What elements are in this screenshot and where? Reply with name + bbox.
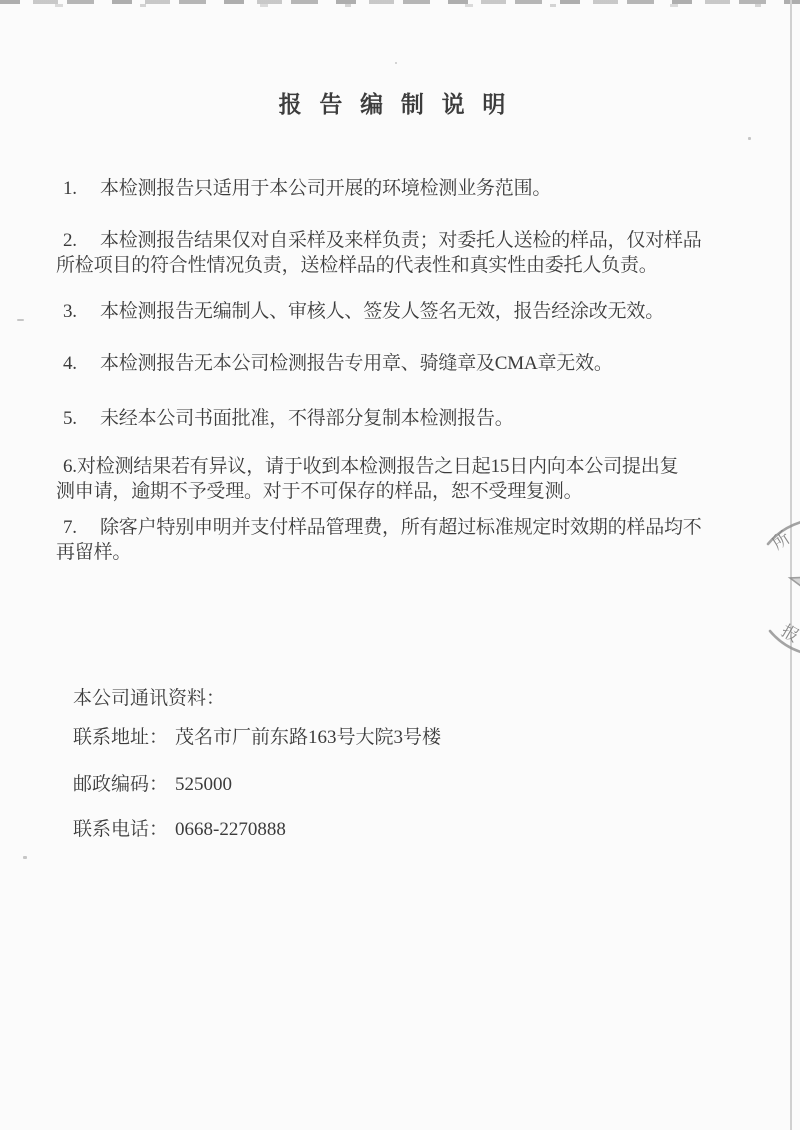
- scanned-document-page: 报 告 编 制 说 明 1.本检测报告只适用于本公司开展的环境检测业务范围。 2…: [0, 0, 800, 1130]
- phone-label: 联系电话：: [73, 819, 168, 840]
- notice-item-1: 1.本检测报告只适用于本公司开展的环境检测业务范围。: [56, 176, 756, 201]
- item-text: 本检测报告结果仅对自采样及来样负责；对委托人送检的样品，仅对样品: [100, 230, 702, 251]
- item-number: 3.: [63, 299, 100, 324]
- notice-item-3: 3.本检测报告无编制人、审核人、签发人签名无效，报告经涂改无效。: [56, 299, 756, 324]
- scan-edge-line: [790, 0, 792, 1130]
- item-number: 6.: [63, 454, 77, 479]
- notice-item-2-line-2: 所检项目的符合性情况负责，送检样品的代表性和真实性由委托人负责。: [56, 253, 756, 278]
- postcode-label: 邮政编码：: [73, 774, 168, 795]
- notice-item-1-line-1: 1.本检测报告只适用于本公司开展的环境检测业务范围。: [56, 176, 756, 201]
- item-number: 2.: [63, 228, 100, 253]
- notice-item-5-line-1: 5.未经本公司书面批准，不得部分复制本检测报告。: [56, 406, 756, 431]
- notice-item-7-line-2: 再留样。: [56, 540, 756, 565]
- item-text: 未经本公司书面批准，不得部分复制本检测报告。: [100, 408, 514, 429]
- notice-item-6: 6.对检测结果若有异议，请于收到本检测报告之日起15日内向本公司提出复 测申请，…: [56, 454, 756, 504]
- notice-item-2: 2.本检测报告结果仅对自采样及来样负责；对委托人送检的样品，仅对样品 所检项目的…: [56, 228, 756, 278]
- item-text: 对检测结果若有异议，请于收到本检测报告之日起15日内向本公司提出复: [77, 456, 678, 477]
- notice-item-4-line-1: 4.本检测报告无本公司检测报告专用章、骑缝章及CMA章无效。: [56, 351, 756, 376]
- notice-item-7-line-1: 7.除客户特别申明并支付样品管理费，所有超过标准规定时效期的样品均不: [56, 515, 756, 540]
- item-number: 5.: [63, 406, 100, 431]
- scan-speckle: [748, 137, 751, 140]
- item-text: 本检测报告只适用于本公司开展的环境检测业务范围。: [100, 178, 551, 199]
- item-number: 1.: [63, 176, 100, 201]
- seal-bottom-arc: [770, 631, 800, 653]
- address-value: 茂名市厂前东路163号大院3号楼: [175, 727, 441, 748]
- contact-address-line: 联系地址：茂名市厂前东路163号大院3号楼: [73, 726, 441, 750]
- scan-speckle: [23, 856, 27, 859]
- seal-top-arc: [768, 520, 800, 544]
- seal-text-bottom: 报: [778, 621, 800, 646]
- address-label: 联系地址：: [73, 727, 168, 748]
- notice-item-7: 7.除客户特别申明并支付样品管理费，所有超过标准规定时效期的样品均不 再留样。: [56, 515, 756, 565]
- item-number: 4.: [63, 351, 100, 376]
- scan-speckle: [17, 319, 24, 321]
- contact-postcode-line: 邮政编码：525000: [73, 773, 232, 797]
- notice-item-2-line-1: 2.本检测报告结果仅对自采样及来样负责；对委托人送检的样品，仅对样品: [56, 228, 756, 253]
- notice-item-4: 4.本检测报告无本公司检测报告专用章、骑缝章及CMA章无效。: [56, 351, 756, 376]
- postcode-value: 525000: [175, 774, 232, 795]
- item-text: 本检测报告无编制人、审核人、签发人签名无效，报告经涂改无效。: [100, 301, 664, 322]
- notice-item-6-line-2: 测申请，逾期不予受理。对于不可保存的样品，恕不受理复测。: [56, 479, 756, 504]
- phone-value: 0668-2270888: [175, 819, 286, 840]
- scan-speckle: [395, 62, 397, 64]
- notice-item-3-line-1: 3.本检测报告无编制人、审核人、签发人签名无效，报告经涂改无效。: [56, 299, 756, 324]
- partial-round-seal-stamp: 所 报: [750, 498, 800, 678]
- page-title: 报 告 编 制 说 明: [0, 86, 790, 119]
- contact-phone-line: 联系电话：0668-2270888: [73, 818, 286, 842]
- notice-item-5: 5.未经本公司书面批准，不得部分复制本检测报告。: [56, 406, 756, 431]
- item-text: 除客户特别申明并支付样品管理费，所有超过标准规定时效期的样品均不: [100, 517, 702, 538]
- item-number: 7.: [63, 515, 100, 540]
- contact-heading: 本公司通讯资料：: [73, 687, 225, 711]
- item-text: 本检测报告无本公司检测报告专用章、骑缝章及CMA章无效。: [100, 353, 613, 374]
- scan-noise-band-secondary: [0, 4, 800, 7]
- notice-item-6-line-1: 6.对检测结果若有异议，请于收到本检测报告之日起15日内向本公司提出复: [56, 454, 756, 479]
